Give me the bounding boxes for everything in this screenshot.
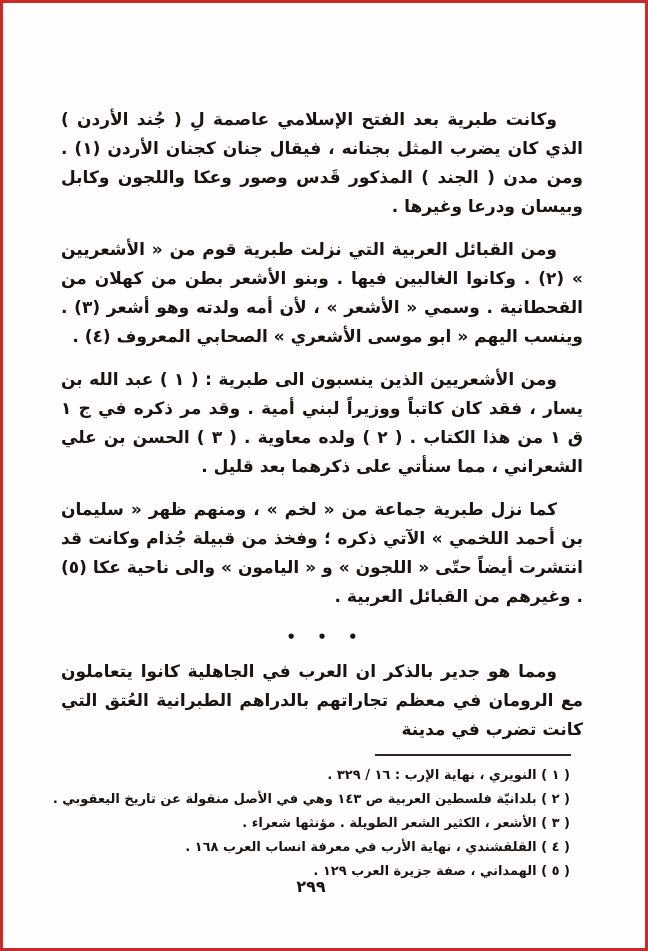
footnote-item: ( ٢ ) بلدانيّة فلسطين العربية ص ١٤٣ وهي … [61, 788, 570, 812]
footnote-divider [375, 754, 571, 756]
paragraph: ومما هو جدير بالذكر ان العرب في الجاهلية… [61, 658, 583, 745]
section-separator-dots: • • • [61, 626, 583, 648]
paragraph: ومن الأشعريين الذين ينسبون الى طبرية : (… [61, 366, 583, 482]
page-number: ٢٩٩ [3, 877, 619, 896]
footnotes: ( ١ ) النويري ، نهاية الإرب : ١٦ / ٣٢٩ .… [61, 764, 570, 884]
footnote-item: ( ١ ) النويري ، نهاية الإرب : ١٦ / ٣٢٩ . [61, 764, 570, 788]
paragraph: كما نزل طبرية جماعة من « لخم » ، ومنهم ظ… [61, 496, 583, 612]
book-page: وكانت طبرية بعد الفتح الإسلامي عاصمة لِ … [0, 0, 648, 951]
footnote-item: ( ٣ ) الأشعر ، الكثير الشعر الطويلة . مؤ… [61, 812, 570, 836]
paragraph: ومن القبائل العربية التي نزلت طبرية قوم … [61, 236, 583, 352]
page-text-block: وكانت طبرية بعد الفتح الإسلامي عاصمة لِ … [61, 106, 583, 884]
footnote-item: ( ٤ ) القلقشندي ، نهاية الأرب في معرفة ا… [61, 836, 570, 860]
paragraph: وكانت طبرية بعد الفتح الإسلامي عاصمة لِ … [61, 106, 583, 222]
